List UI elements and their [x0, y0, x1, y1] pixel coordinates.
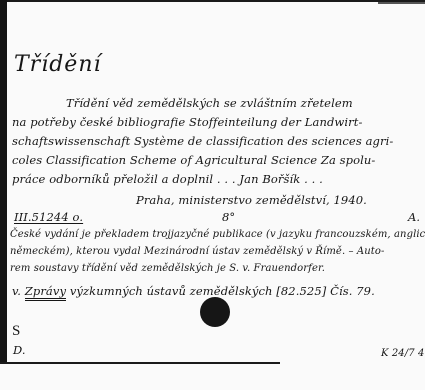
card-top-edge — [0, 0, 425, 2]
note-line-1: České vydání je překladem trojjazyčné pu… — [10, 229, 425, 240]
contribution-statement: práce odborníků přeložil a doplnil . . .… — [12, 172, 323, 186]
body-line-5: práce odborníků přeložil a doplnil . . .… — [12, 172, 323, 186]
body-line-4: coles Classification Scheme of Agricultu… — [12, 153, 375, 167]
edition-mark: A. — [408, 210, 420, 224]
series-prefix: v. — [12, 284, 21, 298]
card-left-edge — [0, 0, 7, 364]
shelf-mark: III.51244 o. — [14, 210, 83, 224]
initials-date: K 24/7 41 — [381, 348, 425, 359]
note-line-3: rem soustavy třídění věd zemědělských je… — [10, 263, 325, 274]
note-line-2: německém), kterou vydal Mezinárodní ústa… — [10, 246, 384, 257]
series-line: v. Zprávy výzkumných ústavů zemědělských… — [12, 284, 375, 298]
catalog-card: Třídění Třídění věd zemědělských se zvlá… — [0, 0, 425, 390]
card-heading: Třídění — [14, 52, 102, 77]
imprint: Praha, ministerstvo zemědělství, 1940. — [136, 193, 367, 207]
margin-letter-s: S — [12, 323, 20, 340]
card-bottom-edge — [0, 362, 280, 364]
series-rest: výzkumných ústavů zemědělských [82.525] … — [66, 284, 375, 298]
margin-letter-d: D. — [13, 343, 26, 357]
body-line-2: na potřeby české bibliografie Stoffeinte… — [12, 115, 362, 129]
card-top-edge-right — [378, 2, 425, 4]
body-line-1: Třídění věd zemědělských se zvláštním zř… — [66, 96, 353, 110]
body-line-3: schaftswissenschaft Système de classific… — [12, 134, 393, 148]
format: 8° — [222, 210, 235, 224]
punch-hole — [200, 297, 230, 327]
series-title: Zprávy — [25, 284, 66, 301]
